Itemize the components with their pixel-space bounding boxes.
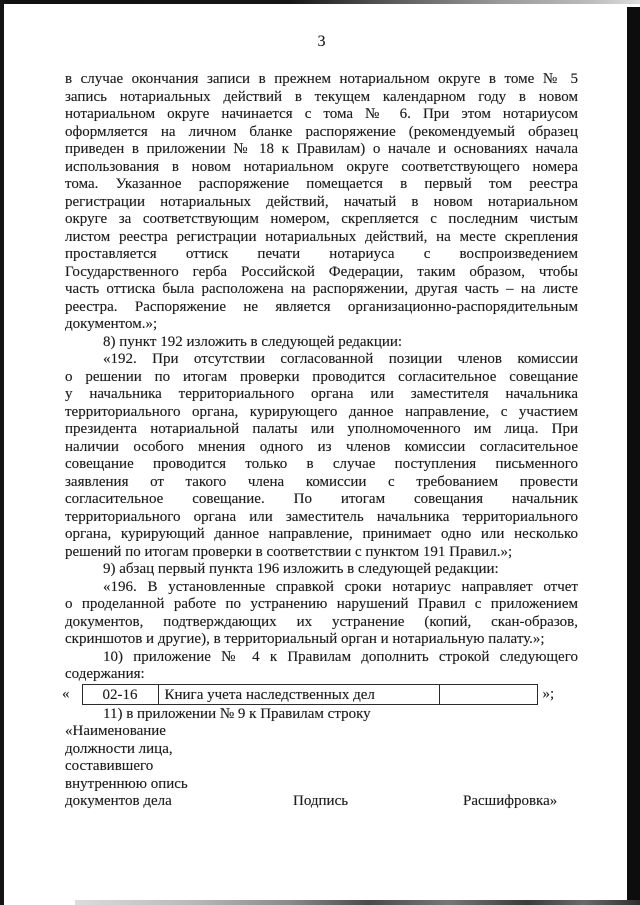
scan-edge-bottom	[75, 900, 640, 905]
text-line: президента нотариальной палаты или уполн…	[65, 421, 578, 439]
text-line: 11) в приложении № 9 к Правилам строку	[65, 706, 578, 724]
text-line: тома. Указанное распоряжение помещается …	[65, 176, 578, 194]
text-line: органа, курирующий данное направление, п…	[65, 526, 578, 544]
signature-left-column: «Наименованиедолжности лица,составившего…	[65, 723, 275, 811]
text-line: приведен в приложении № 18 к Правилам) о…	[65, 141, 578, 159]
text-line: территориального органа или заместитель …	[65, 509, 578, 527]
opening-quote: «	[62, 686, 70, 704]
text-line: оформляется на личном бланке распоряжени…	[65, 124, 578, 142]
paragraph-item8-text: «192. При отсутствии согласованной позиц…	[65, 351, 578, 561]
text-line: документом.»;	[65, 316, 578, 334]
text-line: 8) пункт 192 изложить в следующей редакц…	[65, 334, 578, 352]
appendix-table-row: « 02-16 Книга учета наследственных дел »…	[62, 684, 578, 706]
text-line: скриншотов и другие), в территориальный …	[65, 631, 578, 649]
paragraph-item9-intro: 9) абзац первый пункта 196 изложить в сл…	[65, 561, 578, 579]
text-line: должности лица,	[65, 741, 275, 759]
text-line: 9) абзац первый пункта 196 изложить в сл…	[65, 561, 578, 579]
text-line: у начальника территориального органа или…	[65, 386, 578, 404]
document-page: 3 в случае окончания записи в прежнем но…	[0, 0, 640, 905]
text-line: документов, подтверждающих их устранение…	[65, 614, 578, 632]
scan-edge-top	[0, 0, 640, 4]
closing-quote: »;	[543, 686, 555, 704]
text-line: документов дела	[65, 793, 275, 811]
text-line: решений по итогам проверки в соответстви…	[65, 544, 578, 562]
signature-right-label: Расшифровка»	[463, 793, 557, 811]
text-line: «192. При отсутствии согласованной позиц…	[65, 351, 578, 369]
text-line: 10) приложение № 4 к Правилам дополнить …	[65, 649, 578, 667]
scan-edge-left	[0, 0, 4, 905]
signature-middle-label: Подпись	[293, 793, 348, 811]
text-line: «196. В установленные справкой сроки нот…	[65, 579, 578, 597]
appendix-table: 02-16 Книга учета наследственных дел	[82, 684, 538, 705]
text-line: округе за соответствующим номером, скреп…	[65, 211, 578, 229]
paragraph-item9-text: «196. В установленные справкой сроки нот…	[65, 579, 578, 649]
scan-edge-right	[627, 7, 640, 905]
text-line: содержания:	[65, 666, 578, 684]
signature-row: «Наименованиедолжности лица,составившего…	[65, 723, 578, 823]
text-line: часть оттиска была расположена на распор…	[65, 281, 578, 299]
text-line: регистрации нотариальных действий, начат…	[65, 194, 578, 212]
document-body: в случае окончания записи в прежнем нота…	[65, 71, 578, 823]
paragraph-item8-intro: 8) пункт 192 изложить в следующей редакц…	[65, 334, 578, 352]
text-line: запись нотариальных действий в текущем к…	[65, 89, 578, 107]
text-line: в случае окончания записи в прежнем нота…	[65, 71, 578, 89]
text-line: использования в новом нотариальном округ…	[65, 159, 578, 177]
paragraph-item7-continuation: в случае окончания записи в прежнем нота…	[65, 71, 578, 334]
text-line: проставляется оттиск печати нотариуса с …	[65, 246, 578, 264]
text-line: «Наименование	[65, 723, 275, 741]
table-row: 02-16 Книга учета наследственных дел	[82, 685, 537, 705]
paragraph-item11-intro: 11) в приложении № 9 к Правилам строку	[65, 706, 578, 724]
paragraph-item10-intro: 10) приложение № 4 к Правилам дополнить …	[65, 649, 578, 684]
page-number: 3	[65, 33, 578, 51]
text-line: территориального органа, курирующего дан…	[65, 404, 578, 422]
text-line: о проделанной работе по устранению наруш…	[65, 596, 578, 614]
text-line: реестра. Распоряжение не является органи…	[65, 299, 578, 317]
text-line: Государственного герба Российской Федера…	[65, 264, 578, 282]
text-line: листом реестра регистрации нотариальных …	[65, 229, 578, 247]
cell-index-empty	[439, 685, 537, 705]
text-line: наличии особого мнения одного из членов …	[65, 439, 578, 457]
text-line: заявления от такого члена комиссии с тре…	[65, 474, 578, 492]
text-line: совещание проводится только в случае пос…	[65, 456, 578, 474]
text-line: внутреннюю опись	[65, 776, 275, 794]
cell-index-title: Книга учета наследственных дел	[158, 685, 439, 705]
text-line: о решении по итогам проверки проводится …	[65, 369, 578, 387]
cell-index-code: 02-16	[82, 685, 158, 705]
text-line: составившего	[65, 758, 275, 776]
text-line: нотариальном округе начинается с тома № …	[65, 106, 578, 124]
text-line: согласительное совещание. По итогам сове…	[65, 491, 578, 509]
